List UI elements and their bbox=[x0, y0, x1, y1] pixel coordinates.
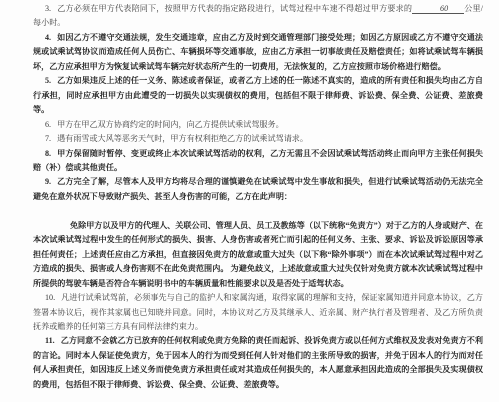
clause-10: 10.凡进行试乘试驾前，必须事先与自己的监护人和家属沟通，取得家属的理解和支持，… bbox=[33, 291, 483, 334]
clause-exemption: 免除甲方以及甲方的代理人、关联公司、管理人员、员工及教练等（以下统称“免责方”）… bbox=[33, 219, 483, 291]
clause-number: 10. bbox=[45, 293, 55, 302]
clause-4: 4.如因乙方不遵守交通法规，发生交通违章，应由乙方及时到交通管理部门接受处理；如… bbox=[33, 31, 483, 74]
clause-6: 6.甲方在甲乙双方协商约定的时间内，向乙方提供试乘试驾服务。 bbox=[33, 118, 483, 132]
clause-number: 5. bbox=[45, 76, 51, 85]
contract-page: 3.乙方必须在甲方代表陪同下，按照甲方代表的指定路段进行，试驾过程中车速不得超过… bbox=[0, 0, 499, 402]
clause-11: 11.乙方同意不会就乙方已放弃的任何权利或免责方免除的责任而起诉、投诉免责方或以… bbox=[33, 334, 483, 392]
clause-5: 5.乙方如果违反上述的任一义务、陈述或者保证，或者乙方上述的任一陈述不真实的，造… bbox=[33, 74, 483, 117]
clause-number: 11. bbox=[45, 336, 55, 345]
clause-number: 3. bbox=[45, 4, 51, 13]
clause-number: 4. bbox=[45, 33, 51, 42]
document-body: 3.乙方必须在甲方代表陪同下，按照甲方代表的指定路段进行，试驾过程中车速不得超过… bbox=[33, 2, 483, 392]
clause-number: 9. bbox=[45, 177, 51, 186]
clause-3: 3.乙方必须在甲方代表陪同下，按照甲方代表的指定路段进行，试驾过程中车速不得超过… bbox=[33, 2, 483, 31]
clause-8: 8.甲方保留随时暂停、变更或终止本次试乘试驾活动的权利，乙方无需且不会因试乘试驾… bbox=[33, 147, 483, 176]
clause-number: 7. bbox=[45, 134, 51, 143]
clause-number: 6. bbox=[45, 120, 51, 129]
clause-9: 9.乙方完全了解，尽管本人及甲方均将尽合理的谨慎避免在试乘试驾中发生事故和损失，… bbox=[33, 175, 483, 204]
speed-limit-blank: 60 bbox=[412, 5, 464, 14]
clause-number: 8. bbox=[45, 149, 51, 158]
clause-7: 7.遇有雨雪或大风等恶劣天气时，甲方有权利拒绝乙方的试乘试驾请求。 bbox=[33, 132, 483, 146]
